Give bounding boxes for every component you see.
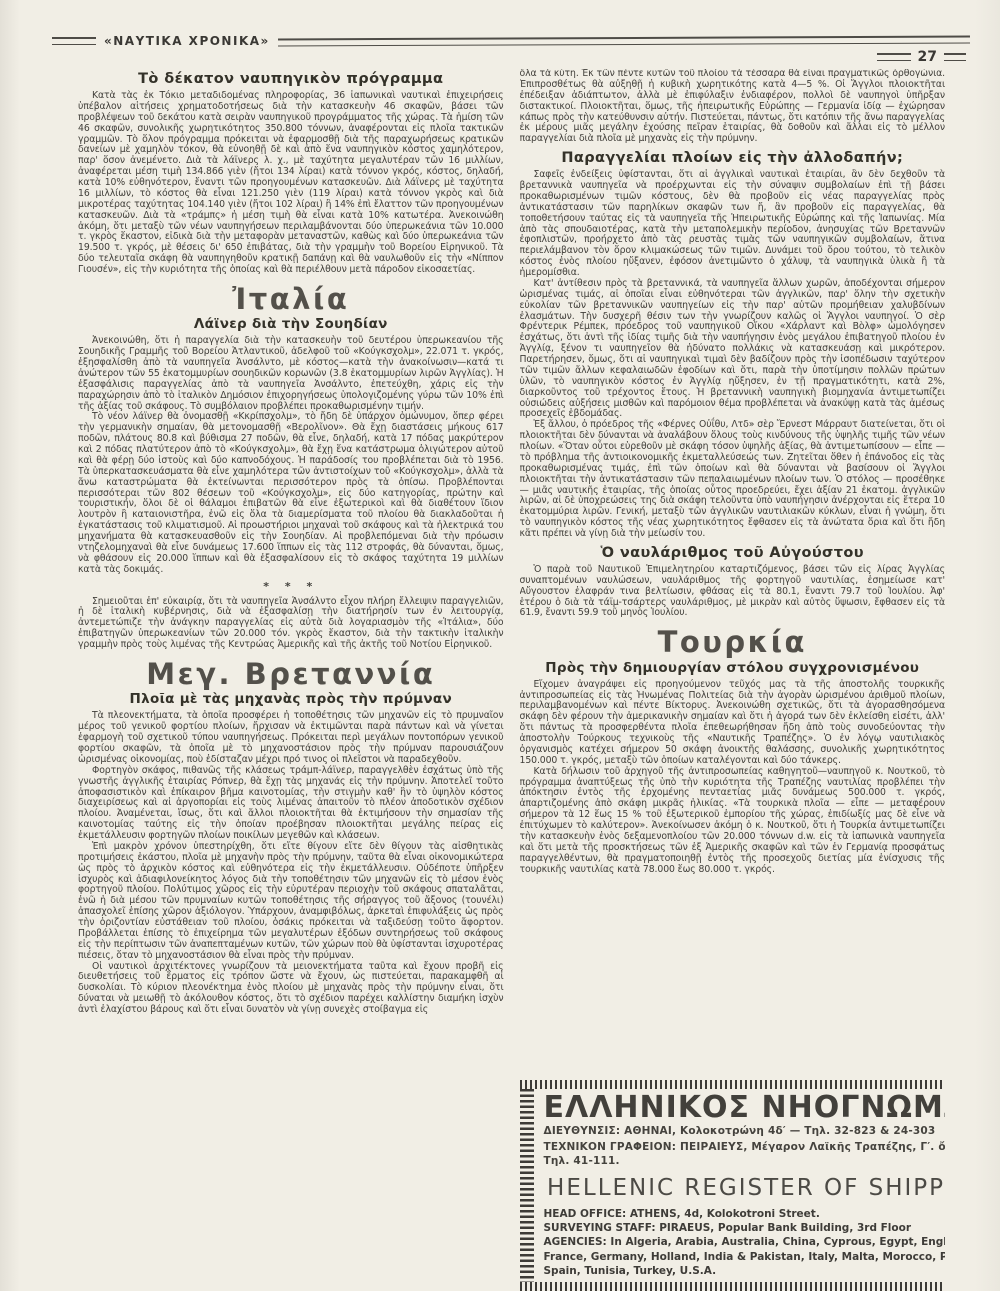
paragraph: Ἀνεκοινώθη, ὅτι ἡ παραγγελία διὰ τὴν κατ… [78, 336, 504, 412]
continuation-paragraph: ὅλα τὰ κύτη. Ἐκ τῶν πέντε κυτῶν τοῦ πλοί… [520, 69, 946, 145]
paragraph: Κατὰ τὰς ἐκ Τόκιο μεταδιδομένας πληροφορ… [78, 91, 504, 276]
article-title-freight-index: Ὁ ναυλάριθμος τοῦ Αὐγούστου [520, 545, 946, 561]
section-title-turkey: Τουρκία [520, 627, 946, 657]
journal-title: «ΝΑΥΤΙΚΑ ΧΡΟΝΙΚΑ» [104, 34, 270, 48]
page-number: 27 [918, 49, 937, 65]
header-rule-left [52, 37, 96, 45]
article-subtitle-britain: Πλοῖα μὲ τὰς μηχανὰς πρὸς τὴν πρύμναν [78, 691, 504, 707]
page-number-rule-left [877, 53, 911, 61]
article-subtitle-italy: Λάϊνερ διὰ τὴν Σουηδίαν [78, 316, 504, 332]
ad-title-english: HELLENIC REGISTER OF SHIPPING [544, 1175, 946, 1201]
paragraph: Φορτηγὸν σκάφος, πιθανῶς τῆς κλάσεως τρά… [78, 766, 504, 842]
section-title-italy: Ἰταλία [78, 284, 504, 314]
paragraph: Κατ' ἀντίθεσιν πρὸς τὰ βρεταννικά, τὰ να… [520, 279, 946, 420]
header-rule-main [278, 35, 970, 46]
ad-content: ΕΛΛΗΝΙΚΟΣ ΝΗΟΓΝΩΜΩΝ ΔΙΕΥΘΥΝΣΙΣ: ΑΘΗΝΑΙ, … [534, 1089, 946, 1282]
paragraph: Κατὰ δήλωσιν τοῦ ἀρχηγοῦ τῆς ἀντιπροσωπε… [520, 767, 946, 876]
ad-agencies: AGENCIES: In Algeria, Arabia, Australia,… [544, 1235, 946, 1278]
article-subtitle-turkey: Πρὸς τὴν δημιουργίαν στόλου συγχρονισμέν… [520, 660, 946, 676]
paragraph: Ὁ παρὰ τοῦ Ναυτικοῦ Ἐπιμελητηρίου καταρτ… [520, 565, 946, 619]
paragraph: Οἱ ναυτικοὶ ἀρχιτέκτονες γνωρίζουν τὰ με… [78, 962, 504, 1016]
asterisk-separator: * * * [78, 580, 504, 593]
paragraph: Σαφεῖς ἐνδείξεις ὑφίστανται, ὅτι αἱ ἀγγλ… [520, 170, 946, 279]
advertisement-hellenic-register: ΕΛΛΗΝΙΚΟΣ ΝΗΟΓΝΩΜΩΝ ΔΙΕΥΘΥΝΣΙΣ: ΑΘΗΝΑΙ, … [520, 1080, 946, 1291]
magazine-page: «ΝΑΥΤΙΚΑ ΧΡΟΝΙΚΑ» 27 Τὸ δέκατον ναυπηγικ… [0, 0, 1000, 1291]
article-title-shipbuilding-program: Τὸ δέκατον ναυπηγικὸν πρόγραμμα [78, 71, 504, 87]
ad-surveying-staff: SURVEYING STAFF: PIRAEUS, Popular Bank B… [544, 1221, 946, 1235]
ad-address-athens: ΔΙΕΥΘΥΝΣΙΣ: ΑΘΗΝΑΙ, Κολοκοτρώνη 4δ′ — Τη… [544, 1125, 946, 1139]
ad-title-greek: ΕΛΛΗΝΙΚΟΣ ΝΗΟΓΝΩΜΩΝ [544, 1092, 946, 1124]
page-number-rule-right [944, 53, 966, 61]
section-title-britain: Μεγ. Βρεταννία [78, 659, 504, 689]
article-title-orders-abroad: Παραγγελίαι πλοίων εἰς τὴν ἀλλοδαπήν; [520, 150, 946, 166]
two-column-layout: Τὸ δέκατον ναυπηγικὸν πρόγραμμα Κατὰ τὰς… [0, 65, 1000, 1291]
ad-border-bottom [520, 1282, 946, 1291]
ad-border-top [520, 1080, 946, 1089]
paragraph: Ἐξ ἄλλου, ὁ πρόεδρος τῆς «Φέρνες Οὐΐθυ, … [520, 420, 946, 540]
left-column: Τὸ δέκατον ναυπηγικὸν πρόγραμμα Κατὰ τὰς… [78, 69, 504, 1291]
ad-head-office: HEAD OFFICE: ATHENS, 4d, Kolokotroni Str… [544, 1207, 946, 1221]
paragraph: Σημειοῦται ἐπ' εὐκαιρίᾳ, ὅτι τὰ ναυπηγεῖ… [78, 597, 504, 651]
ad-address-piraeus: ΤΕΧΝΙΚΟΝ ΓΡΑΦΕΙΟΝ: ΠΕΙΡΑΙΕΥΣ, Μέγαρον Λα… [544, 1141, 946, 1168]
right-column-text: ὅλα τὰ κύτη. Ἐκ τῶν πέντε κυτῶν τοῦ πλοί… [520, 69, 946, 1080]
paragraph: Τὸ νέον λάϊνερ θὰ ὀνομασθῇ «Κκρίπσχολμ»,… [78, 412, 504, 575]
paragraph: Εἴχομεν ἀναγράψει εἰς προηγούμενον τεῦχό… [520, 680, 946, 767]
paragraph: Τὰ πλεονεκτήματα, τὰ ὁποῖα προσφέρει ἡ τ… [78, 711, 504, 765]
page-header: «ΝΑΥΤΙΚΑ ΧΡΟΝΙΚΑ» 27 [0, 0, 1000, 65]
right-column: ὅλα τὰ κύτη. Ἐκ τῶν πέντε κυτῶν τοῦ πλοί… [520, 69, 946, 1291]
paragraph: Ἐπὶ μακρὸν χρόνον ὑπεστηρίχθη, ὅτι εἴτε … [78, 842, 504, 962]
ad-border-left [520, 1089, 534, 1282]
